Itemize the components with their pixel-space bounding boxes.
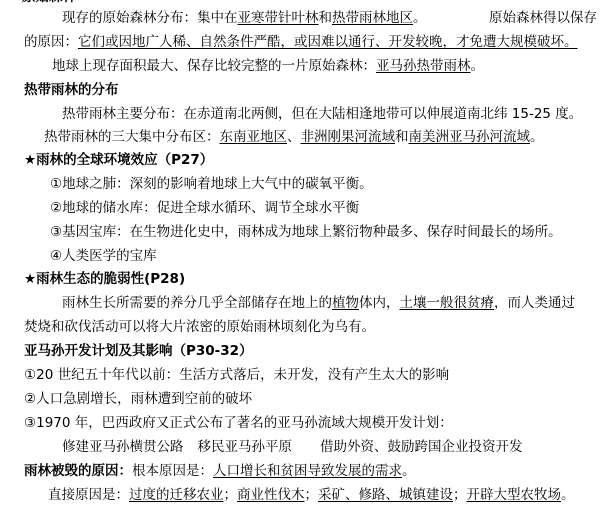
preservation-reason-line: 的原因：它们或因地广人稀、自然条件严酷，或因难以通行、开发较晚，才免遭大规模破坏… <box>24 32 578 52</box>
forest-distribution-line: 现存的原始森林分布：集中在亚寒带针叶林和热带雨林地区。 原始森林得以保存 <box>62 8 597 28</box>
section-heading: 雨林被毁的原因： <box>24 463 132 479</box>
text: 热带雨林的三大集中分布区： <box>44 129 220 145</box>
text: ，而人类通过 <box>494 295 575 311</box>
largest-forest-line: 地球上现存面积最大、保存比较完整的一片原始森林：亚马孙热带雨林。 <box>52 56 484 76</box>
underlined-term: 亚马孙热带雨林 <box>376 58 471 74</box>
list-item: ②地球的储水库：促进全球水循环、调节全球水平衡 <box>50 198 359 218</box>
text: 。 <box>561 487 575 503</box>
text: ； <box>305 487 319 503</box>
list-item: ③基因宝库：在生物进化史中，雨林成为地球上繁衍物种最多、保存时间最长的场所。 <box>50 222 562 242</box>
partial-heading: 原始森林 <box>22 0 76 7</box>
text: 。 <box>413 10 427 26</box>
text: 的原因： <box>24 34 78 50</box>
text: 地球上现存面积最大、保存比较完整的一片原始森林： <box>52 58 376 74</box>
fragility-line: 雨林生长所需要的养分几乎全部储存在地上的植物体内，土壤一般很贫瘠，而人类通过 <box>62 293 575 313</box>
underlined-term: 热带雨林地区 <box>332 10 413 26</box>
section-heading: ★雨林生态的脆弱性(P28) <box>24 269 185 289</box>
text: 、 <box>287 129 301 145</box>
underlined-term: 商业性伐木 <box>237 487 305 503</box>
destruction-root-cause-line: 雨林被毁的原因：根本原因是：人口增长和贫困导致发展的需求。 <box>24 461 416 481</box>
underlined-term: 非洲刚果河流域 <box>301 129 396 145</box>
section-heading: ★雨林的全球环境效应（P27） <box>24 150 213 170</box>
plan-item: 移民亚马孙平原 <box>198 439 293 455</box>
destruction-direct-cause-line: 直接原因是：过度的迁移农业；商业性伐木；采矿、修路、城镇建设；开辟大型农牧场。 <box>48 485 575 505</box>
text: 。 <box>471 58 485 74</box>
text: 原始森林得以保存 <box>489 8 597 28</box>
section-heading: 亚马孙开发计划及其影响（P30-32） <box>24 341 253 361</box>
list-item: ④人类医学的宝库 <box>50 246 157 266</box>
three-regions-line: 热带雨林的三大集中分布区：东南亚地区、非洲刚果河流域和南美洲亚马孙河流域。 <box>44 127 544 147</box>
text: 直接原因是： <box>48 487 129 503</box>
text: 雨林生长所需要的养分几乎全部储存在地上的 <box>62 295 332 311</box>
text: 和 <box>395 129 409 145</box>
text: 和 <box>319 10 333 26</box>
plan-item: 修建亚马孙横贯公路 <box>62 439 184 455</box>
underlined-term: 开辟大型农牧场 <box>467 487 562 503</box>
underlined-term: 南美洲亚马孙河流域 <box>409 129 531 145</box>
underlined-term: 过度的迁移农业 <box>129 487 224 503</box>
text: ； <box>224 487 238 503</box>
main-distribution-line: 热带雨林主要分布：在赤道南北两侧，但在大陆相逢地带可以伸展道南北纬 15-25 … <box>62 104 582 124</box>
underlined-term: 亚寒带针叶林 <box>238 10 319 26</box>
underlined-term: 它们或因地广人稀、自然条件严酷，或因难以通行、开发较晚，才免遭大规模破坏。 <box>78 34 578 50</box>
section-heading: 热带雨林的分布 <box>24 80 119 100</box>
text: 体内， <box>359 295 400 311</box>
underlined-term: 东南亚地区 <box>220 129 288 145</box>
text: ； <box>453 487 467 503</box>
underlined-term: 采矿、修路、城镇建设 <box>318 487 453 503</box>
text: 根本原因是： <box>132 463 213 479</box>
list-item: ①地球之肺：深刻的影响着地球上大气中的碳氧平衡。 <box>50 174 373 194</box>
list-item: ③1970 年，巴西政府又正式公布了著名的亚马孙流域大规模开发计划： <box>24 413 453 433</box>
text: 现存的原始森林分布：集中在 <box>62 10 238 26</box>
text: 。 <box>530 129 544 145</box>
underlined-term: 人口增长和贫困导致发展的需求 <box>213 463 402 479</box>
plan-item: 借助外资、鼓励跨国企业投资开发 <box>320 439 523 455</box>
fragility-line-2: 焚烧和砍伐活动可以将大片浓密的原始雨林顷刻化为乌有。 <box>24 317 375 337</box>
underlined-term: 植物 <box>332 295 359 311</box>
list-item: ②人口急剧增长，雨林遭到空前的破坏 <box>24 389 252 409</box>
development-plans-line: 修建亚马孙横贯公路移民亚马孙平原借助外资、鼓励跨国企业投资开发 <box>62 437 523 457</box>
list-item: ①20 世纪五十年代以前：生活方式落后，未开发，没有产生太大的影响 <box>24 365 449 385</box>
underlined-term: 土壤一般很贫瘠 <box>400 295 495 311</box>
text: 。 <box>402 463 416 479</box>
